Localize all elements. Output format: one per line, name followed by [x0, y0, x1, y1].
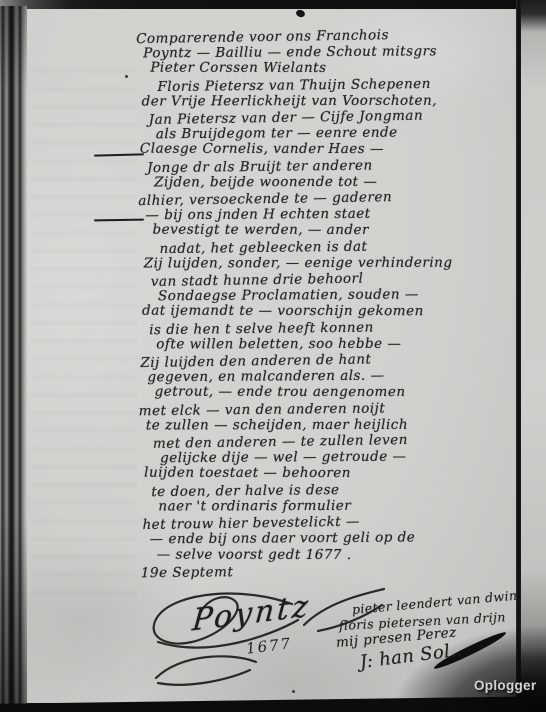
manuscript-scan: Comparerende voor ons FranchoisPoyntz — … — [0, 0, 546, 712]
manuscript-line: Claesge Cornelis, vander Haes — — [140, 141, 529, 158]
manuscript-line: Pieter Corssen Wielants — [150, 60, 528, 77]
manuscript-text: Comparerende voor ons FranchoisPoyntz — … — [136, 27, 532, 581]
scan-corner-shadow — [396, 627, 546, 712]
ink-speck — [125, 75, 128, 78]
manuscript-line: — ende bij ons daer voort geli op de — [150, 529, 532, 548]
manuscript-line: bevestigt te werden, — ander — [152, 222, 529, 239]
book-binding — [0, 6, 27, 712]
ink-show-through — [32, 70, 137, 610]
ink-speck — [292, 690, 295, 693]
manuscript-line: dat ijemandt te — voorschijn gekomen — [142, 303, 530, 320]
scan-top-edge — [0, 0, 546, 9]
watermark-label: Oplogger — [474, 678, 536, 693]
